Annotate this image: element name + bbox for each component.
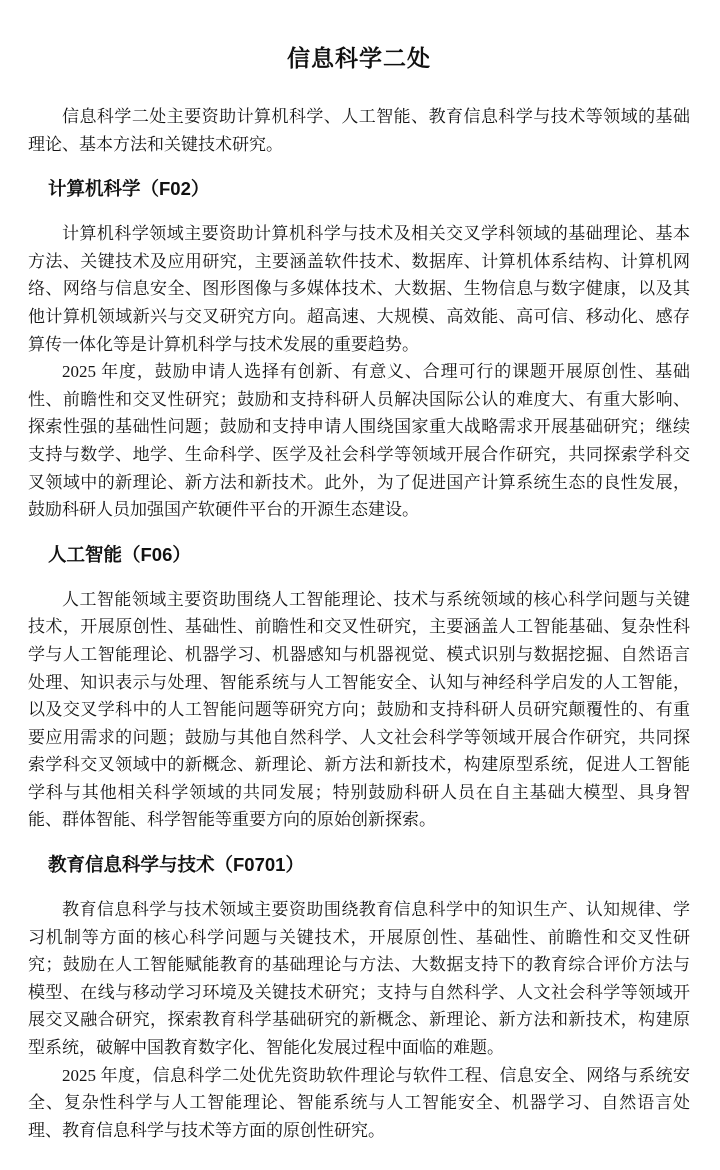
document-page: 信息科学二处 信息科学二处主要资助计算机科学、人工智能、教育信息科学与技术等领域… (0, 0, 720, 1170)
section-heading-education-information-science: 教育信息科学与技术（F0701） (48, 851, 690, 877)
intro-paragraph: 信息科学二处主要资助计算机科学、人工智能、教育信息科学与技术等领域的基础理论、基… (28, 103, 690, 158)
section-heading-artificial-intelligence: 人工智能（F06） (48, 541, 690, 567)
page-title: 信息科学二处 (28, 40, 690, 73)
section-heading-computer-science: 计算机科学（F02） (48, 175, 690, 201)
paragraph: 人工智能领域主要资助围绕人工智能理论、技术与系统领域的核心科学问题与关键技术，开… (28, 586, 690, 834)
paragraph: 2025 年度，信息科学二处优先资助软件理论与软件工程、信息安全、网络与系统安全… (28, 1062, 690, 1145)
section-computer-science: 计算机科学（F02） 计算机科学领域主要资助计算机科学与技术及相关交叉学科领域的… (28, 175, 690, 524)
paragraph: 教育信息科学与技术领域主要资助围绕教育信息科学中的知识生产、认知规律、学习机制等… (28, 896, 690, 1062)
paragraph: 2025 年度，鼓励申请人选择有创新、有意义、合理可行的课题开展原创性、基础性、… (28, 358, 690, 524)
paragraph: 计算机科学领域主要资助计算机科学与技术及相关交叉学科领域的基础理论、基本方法、关… (28, 220, 690, 358)
section-artificial-intelligence: 人工智能（F06） 人工智能领域主要资助围绕人工智能理论、技术与系统领域的核心科… (28, 541, 690, 834)
section-education-information-science: 教育信息科学与技术（F0701） 教育信息科学与技术领域主要资助围绕教育信息科学… (28, 851, 690, 1144)
